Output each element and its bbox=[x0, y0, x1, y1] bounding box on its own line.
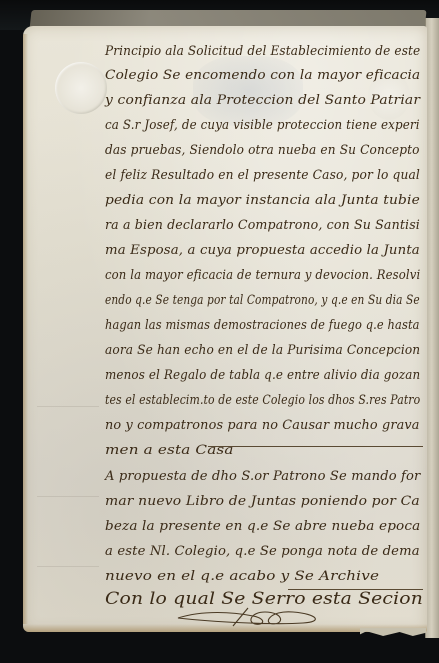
text-line: y confianza ala Proteccion del Santo Pat… bbox=[105, 93, 420, 108]
text-line: el feliz Resultado en el presente Caso, … bbox=[105, 168, 420, 183]
embossed-seal-icon bbox=[55, 62, 107, 114]
page-stack-edge bbox=[425, 18, 439, 638]
text-line: ca S.r Josef, de cuya visible proteccion… bbox=[105, 118, 420, 133]
text-line: nuevo en el q.e acabo y Se Archive bbox=[105, 569, 379, 584]
text-line: menos el Regalo de tabla q.e entre alivi… bbox=[105, 368, 420, 383]
line-filler-rule bbox=[208, 446, 423, 447]
text-line: con la mayor eficacia de ternura y devoc… bbox=[105, 268, 420, 283]
text-line: ma Esposa, a cuya propuesta accedio la J… bbox=[105, 243, 420, 258]
text-line: no y compatronos para no Causar mucho gr… bbox=[105, 418, 420, 433]
text-line: hagan las mismas demostraciones de fuego… bbox=[105, 318, 420, 333]
text-line: aora Se han echo en el de la Purisima Co… bbox=[105, 343, 420, 358]
text-line: mar nuevo Libro de Juntas poniendo por C… bbox=[105, 494, 420, 509]
text-line: Principio ala Solicitud del Establecimie… bbox=[105, 44, 420, 59]
text-line: A propuesta de dho S.or Patrono Se mando… bbox=[105, 469, 420, 484]
faint-bleedthrough bbox=[37, 406, 99, 407]
signature-flourish-icon bbox=[173, 606, 333, 628]
text-line: a este Nl. Colegio, q.e Se ponga nota de… bbox=[105, 544, 420, 559]
text-line: endo q.e Se tenga por tal Compatrono, y … bbox=[105, 293, 420, 308]
torn-paper-edge bbox=[360, 628, 426, 636]
text-line: ra a bien declararlo Compatrono, con Su … bbox=[105, 218, 420, 233]
text-line: das pruebas, Siendolo otra nueba en Su C… bbox=[105, 143, 420, 158]
faint-bleedthrough bbox=[37, 566, 99, 567]
manuscript-page: Principio ala Solicitud del Establecimie… bbox=[23, 26, 427, 632]
text-line: pedia con la mayor instancia ala Junta t… bbox=[105, 193, 420, 208]
text-line: beza la presente en q.e Se abre nueba ep… bbox=[105, 519, 420, 534]
page-edge-stain bbox=[23, 34, 28, 624]
faded-stamp-icon bbox=[193, 56, 303, 126]
text-line: Colegio Se encomendo con la mayor eficac… bbox=[105, 68, 420, 83]
text-line: tes el establecim.to de este Colegio los… bbox=[105, 393, 420, 408]
faint-bleedthrough bbox=[37, 496, 99, 497]
